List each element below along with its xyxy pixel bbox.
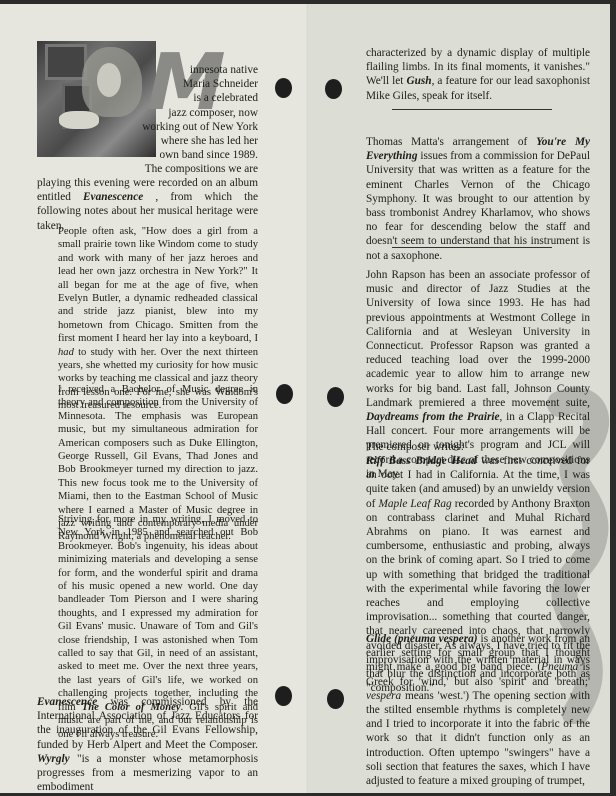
piece-title: Wyrgly [37, 753, 70, 765]
binder-hole [275, 686, 292, 706]
section-divider [392, 247, 552, 248]
intro-line: innesota native [168, 63, 258, 77]
emphasis: had [58, 347, 74, 358]
intro-text: innesota native Maria Schneider is a cel… [168, 63, 258, 177]
binder-hole [275, 78, 292, 98]
photo-wall-frame [45, 44, 87, 80]
text-run: means 'west.') The opening section with … [366, 690, 590, 787]
album-title: Evanescence [83, 191, 143, 203]
wyrgly-continuation: characterized by a dynamic display of mu… [366, 46, 590, 103]
photo-face [97, 63, 121, 97]
binder-hole [325, 79, 342, 99]
text-run: John Rapson has been an associate profes… [366, 269, 590, 409]
intro-line: jazz composer, now [150, 106, 258, 120]
text-run: "is a monster whose metamorphosis progre… [37, 753, 258, 793]
intro-line: Maria Schneider [168, 77, 258, 91]
intro-line: The compositions we are [134, 162, 258, 176]
binder-hole [327, 689, 344, 709]
matta-paragraph: Thomas Matta's arrangement of You're My … [366, 135, 590, 263]
term: vespera [366, 690, 401, 702]
intro-line: working out of New York [134, 120, 258, 134]
piece-title: Maple Leaf Rag [378, 498, 451, 510]
text-run: Thomas Matta's arrangement of [366, 136, 536, 148]
piece-title: Riff Bass Bridge Head [366, 455, 477, 467]
binder-hole [276, 384, 293, 404]
left-page: M innesota native Maria Schneider is a c… [0, 4, 308, 793]
piece-title: Gush [406, 75, 431, 87]
glide-paragraph: Glide (pneuma vespera) is another work f… [366, 632, 590, 788]
intro-line: own band since 1989. [134, 148, 258, 162]
album-title: Evanescence [37, 696, 97, 708]
closing-paragraph: Evanescence was commissioned by the Inte… [37, 695, 258, 794]
photo-hand [59, 111, 99, 129]
intro-line: is a celebrated [168, 91, 258, 105]
piece-title: Glide (pneuma vespera) [366, 633, 478, 645]
composer-label: The composer writes: [366, 440, 590, 454]
intro-line: where she has led her [134, 134, 258, 148]
section-divider [392, 109, 552, 110]
suite-title: Daydreams from the Prairie [366, 411, 500, 423]
text-run: issues from a commission for DePaul Univ… [366, 150, 590, 261]
binder-hole [327, 387, 344, 407]
term: Pneuma [541, 661, 578, 673]
text-run: Striving for more in my writing, I moved… [58, 514, 258, 713]
text-run: People often ask, "How does a girl from … [58, 226, 258, 344]
